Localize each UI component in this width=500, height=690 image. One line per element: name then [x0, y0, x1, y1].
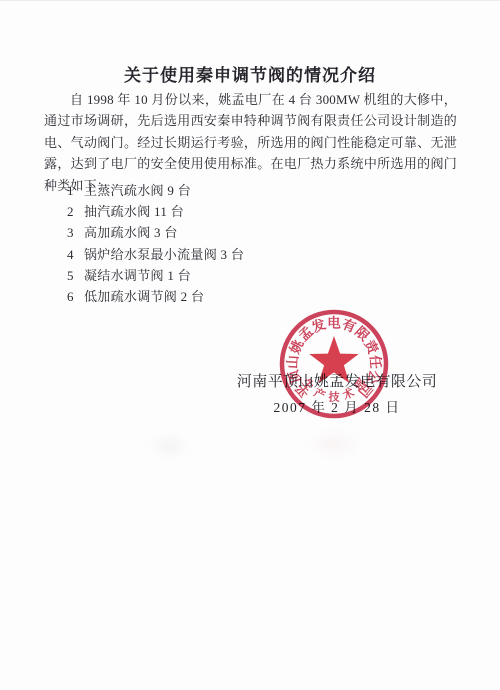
- scanned-document-page: 关于使用秦申调节阀的情况介绍 自 1998 年 10 月份以来，姚孟电厂在 4 …: [0, 0, 500, 690]
- list-item: 3 高加疏水阀 3 台: [67, 222, 367, 243]
- list-item: 4 锅炉给水泵最小流量阀 3 台: [67, 244, 367, 265]
- list-item-text: 高加疏水阀 3 台: [84, 222, 178, 243]
- valve-type-list: 1 主蒸汽疏水阀 9 台 2 抽汽疏水阀 11 台 3 高加疏水阀 3 台 4 …: [67, 180, 367, 307]
- list-item: 5 凝结水调节阀 1 台: [67, 265, 367, 286]
- list-item-number: 4: [67, 244, 84, 265]
- signature-company-name: 河南平顶山姚孟发电有限公司: [228, 370, 446, 391]
- list-item-number: 3: [67, 222, 84, 243]
- list-item-text: 主蒸汽疏水阀 9 台: [84, 180, 191, 201]
- scan-smudge: [305, 431, 363, 457]
- list-item: 1 主蒸汽疏水阀 9 台: [67, 180, 367, 201]
- list-item-text: 凝结水调节阀 1 台: [84, 265, 191, 286]
- seal-char: 电: [327, 316, 341, 330]
- seal-char: 任: [368, 354, 382, 368]
- document-title: 关于使用秦申调节阀的情况介绍: [0, 61, 500, 86]
- list-item-number: 1: [67, 180, 84, 201]
- seal-char: 限: [353, 325, 372, 344]
- list-item-number: 5: [67, 265, 84, 286]
- seal-char: 有: [340, 317, 358, 335]
- seal-char: 责: [362, 338, 380, 356]
- list-item: 2 抽汽疏水阀 11 台: [67, 201, 367, 222]
- list-item-text: 低加疏水调节阀 2 台: [84, 286, 204, 307]
- list-item-number: 2: [67, 201, 84, 222]
- seal-char: 发: [310, 317, 328, 335]
- seal-char: 姚: [288, 338, 306, 356]
- list-item-text: 锅炉给水泵最小流量阀 3 台: [84, 244, 244, 265]
- signature-date: 2007 年 2 月 28 日: [228, 396, 446, 416]
- seal-char: 山: [286, 354, 300, 368]
- list-item-number: 6: [67, 286, 84, 307]
- scan-smudge: [148, 433, 190, 459]
- list-item: 6 低加疏水调节阀 2 台: [67, 286, 367, 307]
- seal-char: 孟: [296, 325, 315, 344]
- list-item-text: 抽汽疏水阀 11 台: [84, 201, 184, 222]
